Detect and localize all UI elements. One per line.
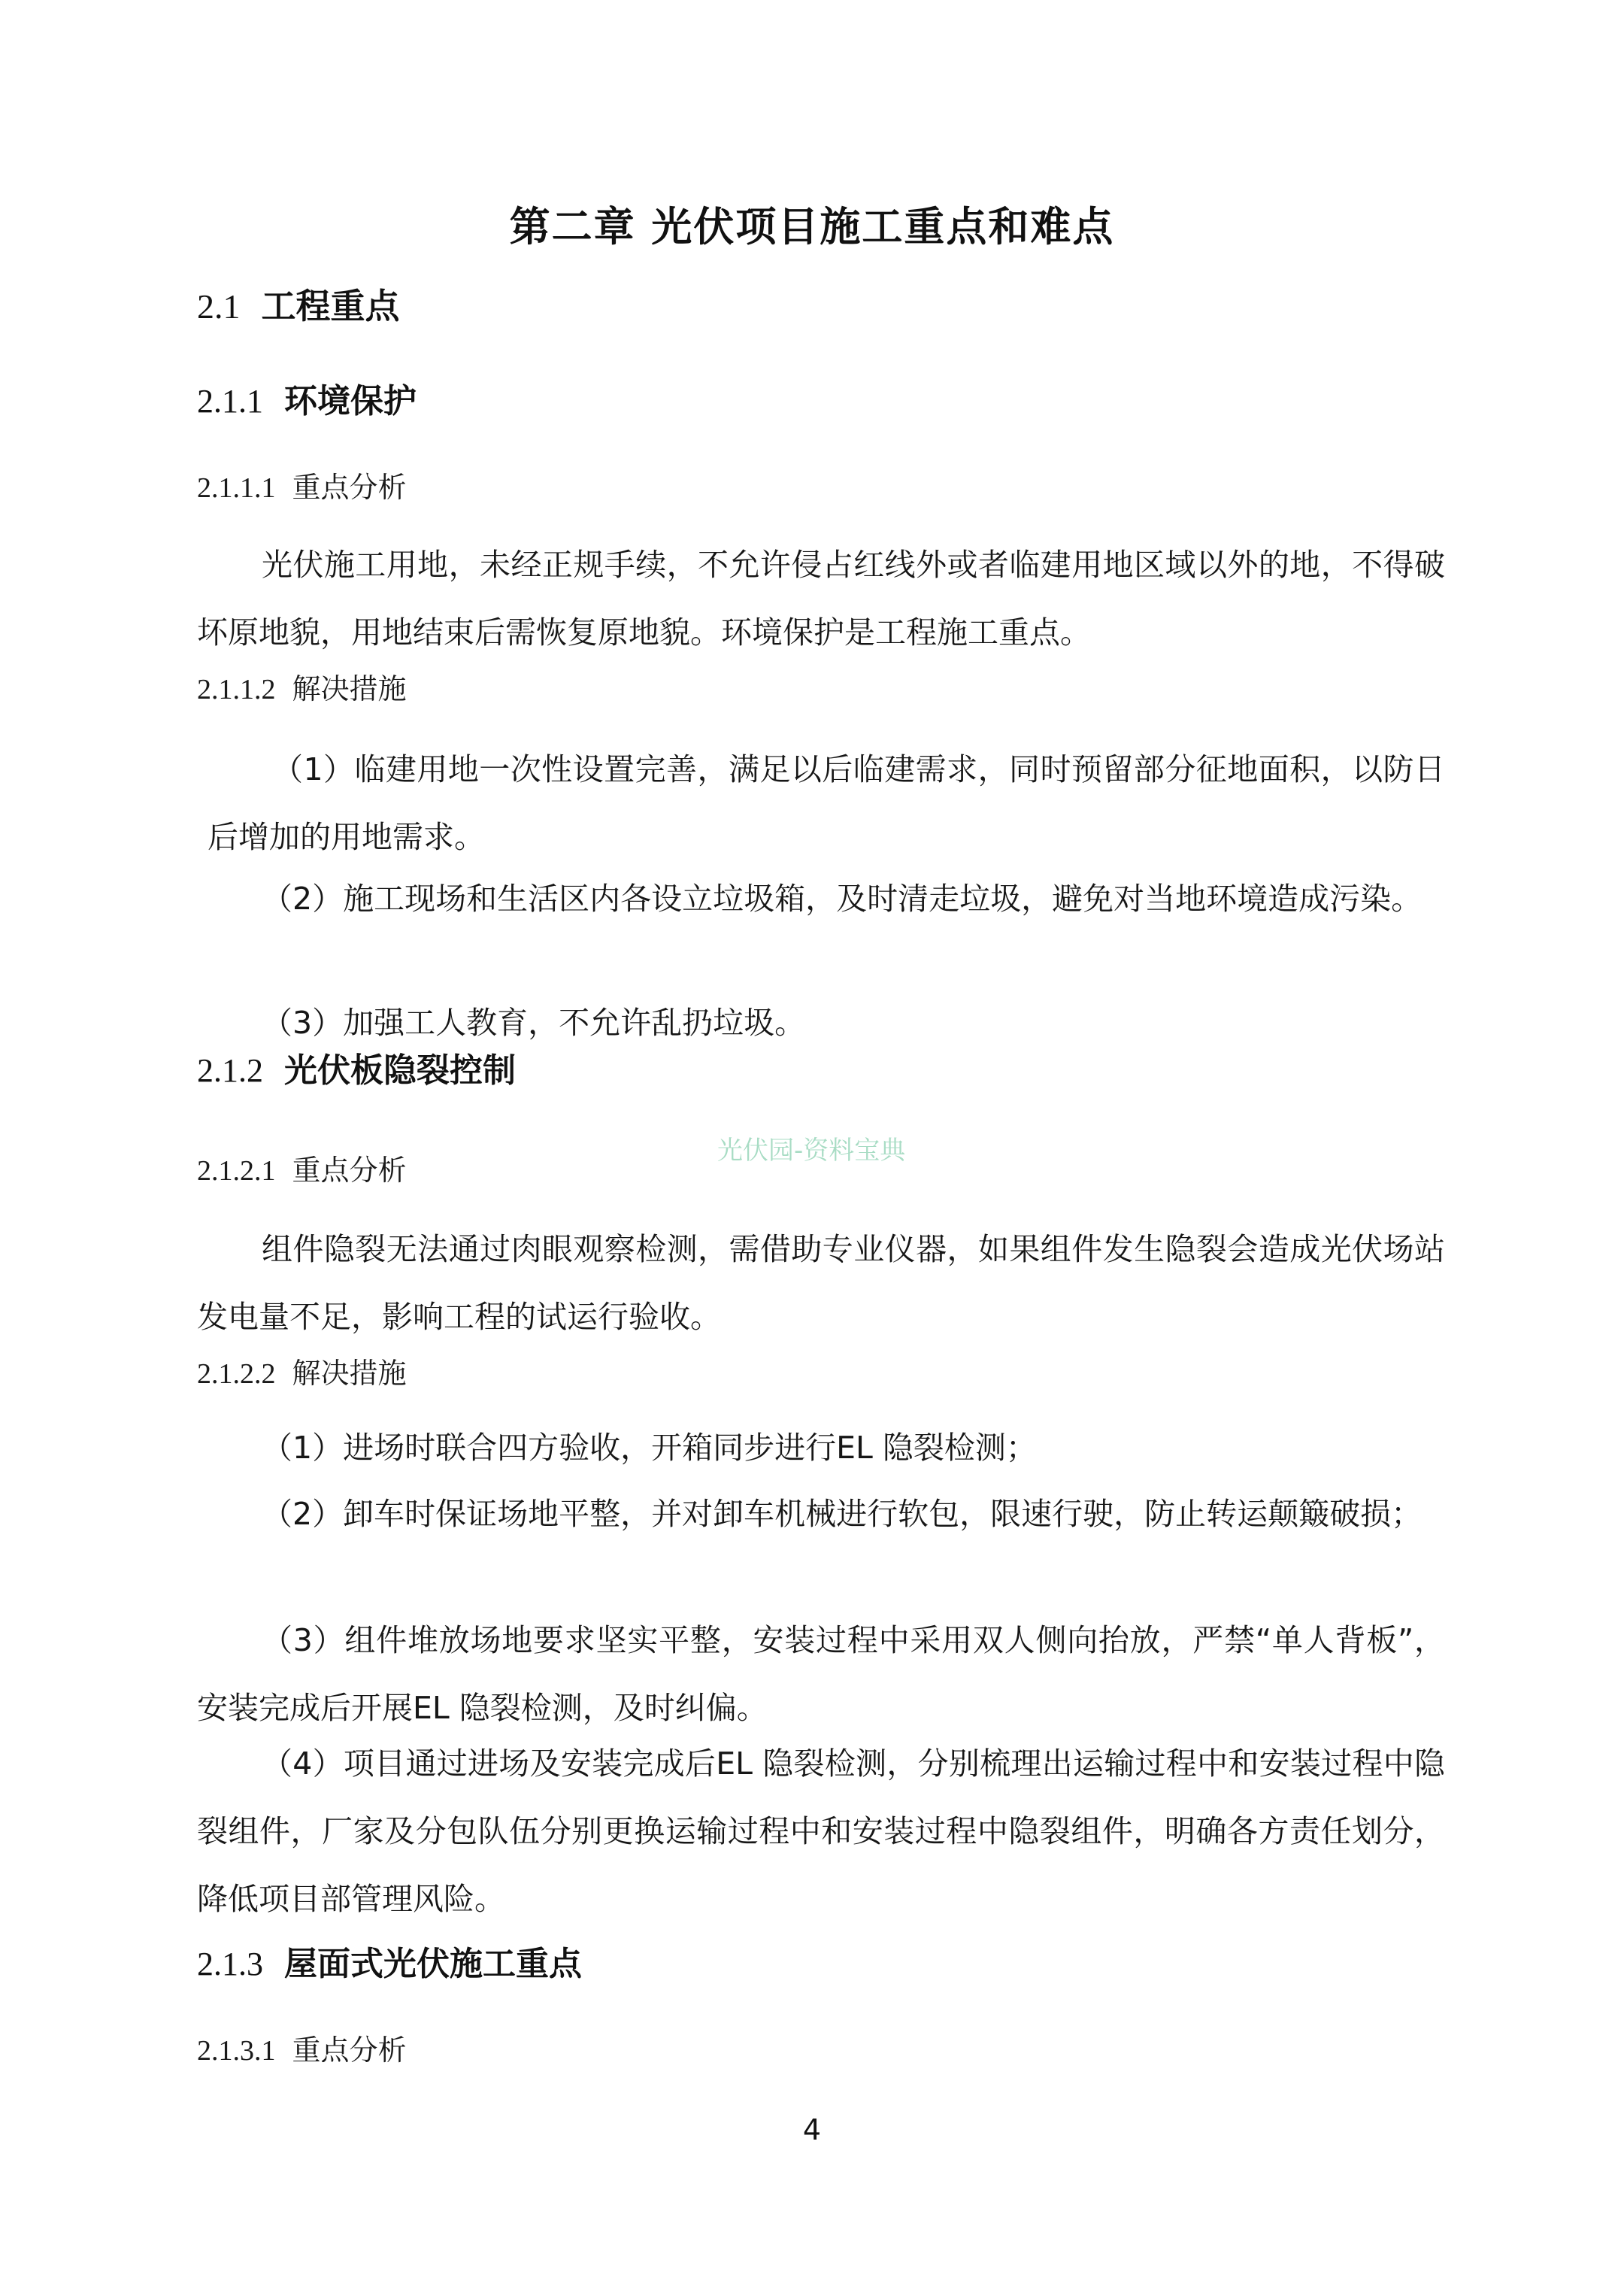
- page-number: 4: [0, 2112, 1624, 2148]
- crack-measure-2: （2）卸车时保证场地平整，并对卸车机械进行软包，限速行驶，防止转运颠簸破损；: [197, 1480, 1445, 1548]
- heading-text: 光伏板隐裂控制: [284, 1051, 516, 1090]
- heading-number: 2.1: [197, 287, 241, 326]
- heading-number: 2.1.1.2: [197, 674, 276, 705]
- heading-text: 环境保护: [284, 382, 417, 420]
- heading-number: 2.1.3.1: [197, 2035, 276, 2067]
- paragraph-crack-analysis: 组件隐裂无法通过肉眼观察检测，需借助专业仪器，如果组件发生隐裂会造成光伏场站发电…: [197, 1215, 1445, 1351]
- document-page: 第二章 光伏项目施工重点和难点 2.1工程重点 2.1.1环境保护 2.1.1.…: [0, 0, 1624, 2293]
- crack-measure-1: （1）进场时联合四方验收，开箱同步进行EL 隐裂检测；: [197, 1414, 1445, 1482]
- heading-2-1-2-2: 2.1.2.2解决措施: [197, 1352, 407, 1395]
- env-measure-2: （2）施工现场和生活区内各设立垃圾箱，及时清走垃圾，避免对当地环境造成污染。: [197, 865, 1445, 933]
- heading-text: 解决措施: [292, 672, 407, 705]
- env-measure-1: （1）临建用地一次性设置完善，满足以后临建需求，同时预留部分征地面积，以防日后增…: [208, 736, 1445, 871]
- paragraph-env-analysis: 光伏施工用地，未经正规手续，不允许侵占红线外或者临建用地区域以外的地，不得破坏原…: [197, 531, 1445, 666]
- heading-2-1-3-1: 2.1.3.1重点分析: [197, 2029, 407, 2072]
- chapter-title: 第二章 光伏项目施工重点和难点: [0, 197, 1624, 257]
- heading-number: 2.1.2.2: [197, 1358, 276, 1390]
- heading-text: 重点分析: [292, 2034, 407, 2067]
- crack-measure-3: （3）组件堆放场地要求坚实平整，安装过程中采用双人侧向抬放，严禁“单人背板”，安…: [197, 1606, 1445, 1742]
- heading-2-1-3: 2.1.3屋面式光伏施工重点: [197, 1940, 582, 1988]
- heading-number: 2.1.1: [197, 383, 263, 420]
- heading-number: 2.1.2: [197, 1052, 263, 1089]
- heading-number: 2.1.2.1: [197, 1155, 276, 1187]
- heading-text: 屋面式光伏施工重点: [284, 1945, 582, 1983]
- watermark: 光伏园-资料宝典: [717, 1134, 905, 1167]
- heading-text: 重点分析: [292, 1154, 407, 1187]
- heading-text: 解决措施: [292, 1357, 407, 1390]
- heading-text: 工程重点: [262, 286, 400, 326]
- heading-text: 重点分析: [292, 471, 407, 504]
- heading-2-1: 2.1工程重点: [197, 282, 400, 331]
- crack-measure-4: （4）项目通过进场及安装完成后EL 隐裂检测，分别梳理出运输过程中和安装过程中隐…: [197, 1730, 1445, 1933]
- heading-2-1-1-2: 2.1.1.2解决措施: [197, 668, 407, 711]
- heading-2-1-1: 2.1.1环境保护: [197, 378, 417, 426]
- heading-number: 2.1.1.1: [197, 472, 276, 504]
- heading-number: 2.1.3: [197, 1946, 263, 1982]
- heading-2-1-2-1: 2.1.2.1重点分析: [197, 1149, 407, 1192]
- heading-2-1-1-1: 2.1.1.1重点分析: [197, 466, 407, 509]
- heading-2-1-2: 2.1.2光伏板隐裂控制: [197, 1047, 516, 1095]
